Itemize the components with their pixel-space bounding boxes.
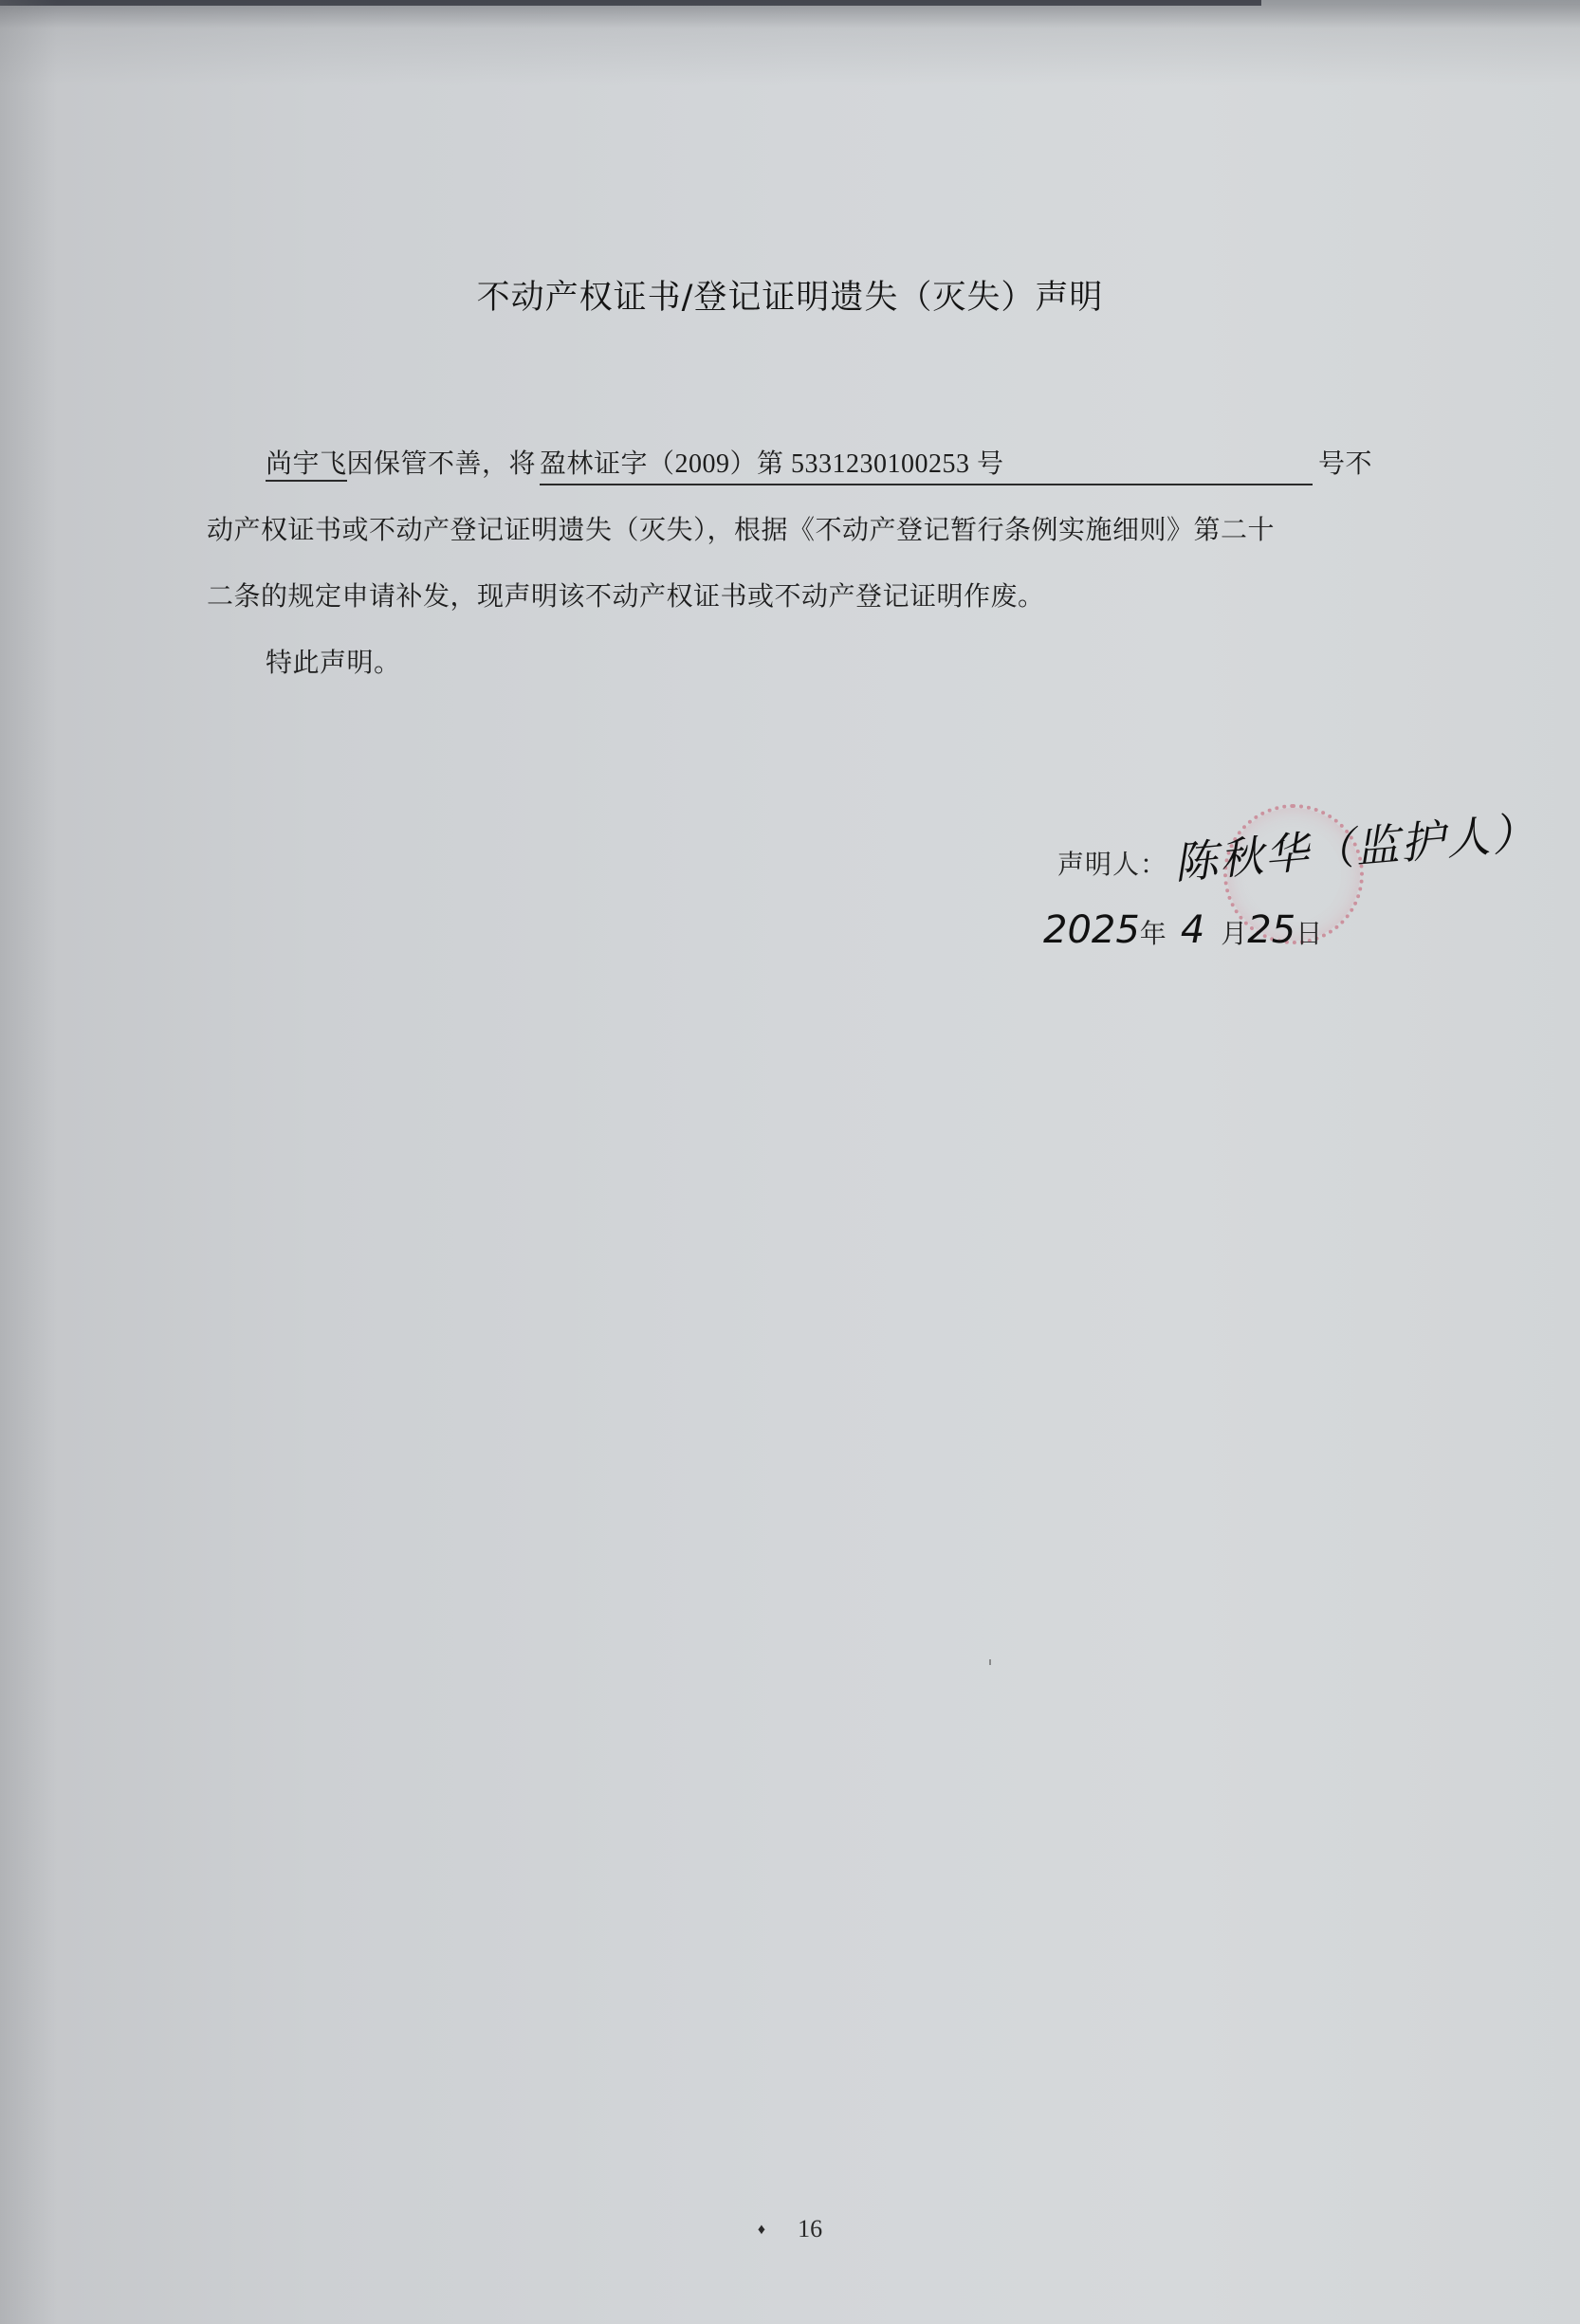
scan-left-shadow <box>0 0 57 2324</box>
certificate-number: 盈林证字（2009）第 5331230100253 号 <box>540 449 1004 479</box>
date-day: 25 <box>1247 908 1295 952</box>
document-title: 不动产权证书/登记证明遗失（灭失）声明 <box>0 271 1580 319</box>
certificate-number-field: 盈林证字（2009）第 5331230100253 号 <box>540 446 1313 485</box>
page-footer: ♦16 <box>0 2215 1580 2243</box>
date-month-suffix: 月 <box>1221 920 1247 949</box>
scan-top-edge-right <box>1261 0 1580 4</box>
signature-date: 2025年 4 月25日 <box>1043 908 1322 952</box>
scan-top-edge <box>0 0 1261 6</box>
date-day-suffix: 日 <box>1295 920 1322 949</box>
page-number: 16 <box>798 2215 822 2242</box>
body-line-1-mid: 因保管不善，将 <box>347 449 537 479</box>
body-line-1-end: 号不 <box>1318 449 1372 479</box>
paper-speck <box>989 1659 991 1665</box>
date-year: 2025 <box>1043 908 1140 952</box>
declarant-label: 声明人： <box>1057 844 1167 882</box>
date-year-suffix: 年 <box>1140 920 1167 949</box>
closing-statement: 特此声明。 <box>266 631 1453 697</box>
body-line-3: 二条的规定申请补发，现声明该不动产权证书或不动产登记证明作废。 <box>207 564 1394 631</box>
date-month: 4 <box>1181 908 1204 952</box>
signature-block: 声明人： 陈秋华（监护人） 2025年 4 月25日 <box>1057 806 1551 967</box>
body-line-2: 动产权证书或不动产登记证明遗失（灭失），根据《不动产登记暂行条例实施细则》第二十 <box>207 498 1394 564</box>
declarant-name: 尚宇飞 <box>266 449 347 482</box>
diamond-icon: ♦ <box>758 2222 765 2239</box>
body-line-1: 尚宇飞因保管不善，将盈林证字（2009）第 5331230100253 号号不 <box>266 431 1394 498</box>
